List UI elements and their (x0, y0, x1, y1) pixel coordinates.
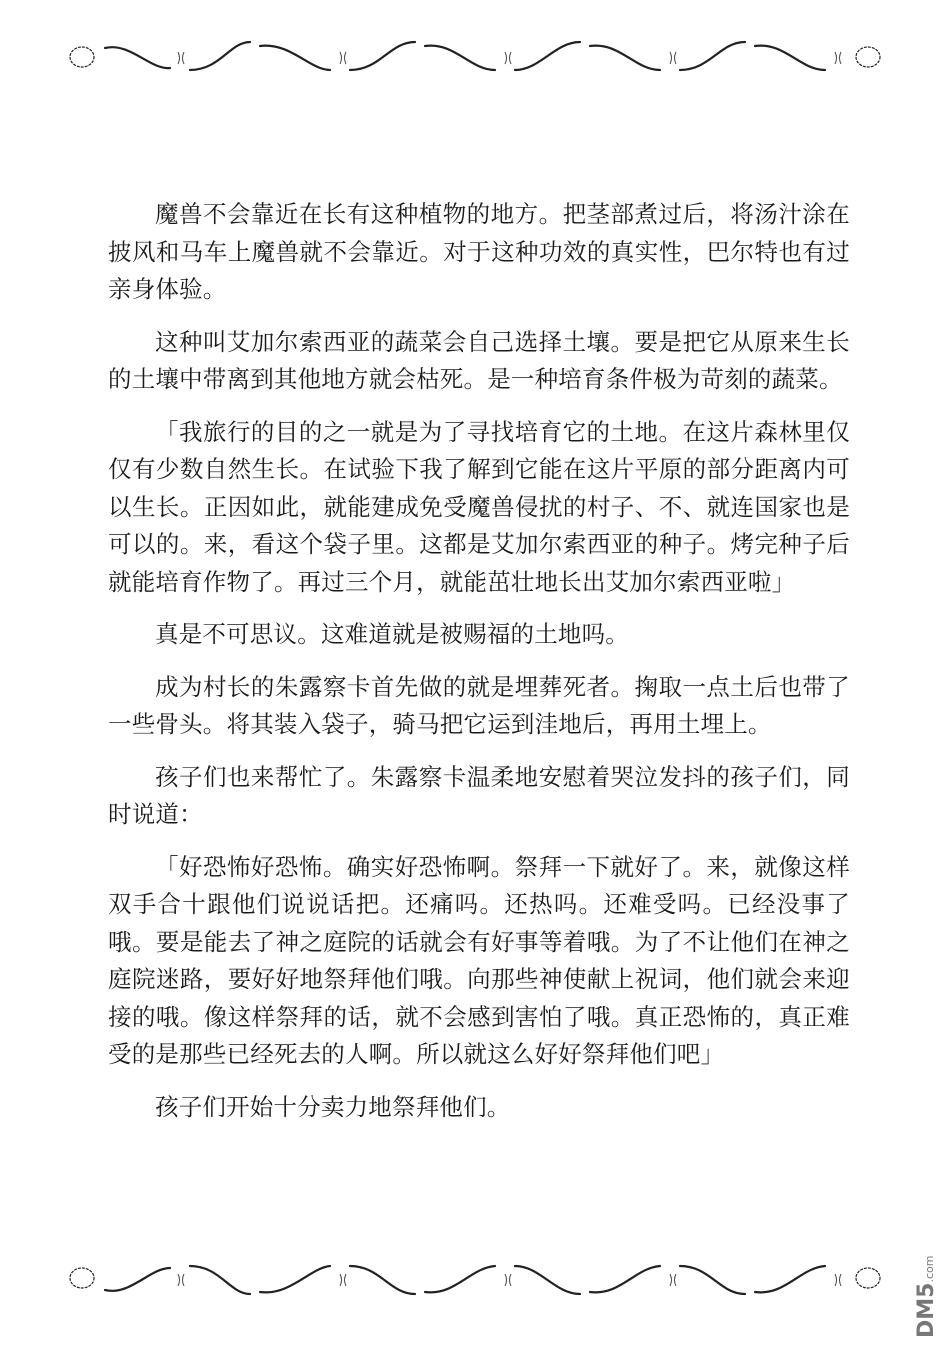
ornamental-border-bottom-icon (60, 1248, 890, 1298)
watermark-suffix: .com (923, 1256, 936, 1283)
paragraph: 魔兽不会靠近在长有这种植物的地方。把茎部煮过后，将汤汁涂在披风和马车上魔兽就不会… (108, 196, 850, 309)
paragraph: 这种叫艾加尔索西亚的蔬菜会自己选择土壤。要是把它从原来生长的土壤中带离到其他地方… (108, 324, 850, 399)
paragraph-dialogue: 「我旅行的目的之一就是为了寻找培育它的土地。在这片森林里仅仅有少数自然生长。在试… (108, 414, 850, 602)
ornamental-border-top-icon (60, 40, 890, 90)
paragraph-dialogue: 「好恐怖好恐怖。确实好恐怖啊。祭拜一下就好了。来，就像这样双手合十跟他们说说话把… (108, 849, 850, 1074)
body-text: 魔兽不会靠近在长有这种植物的地方。把茎部煮过后，将汤汁涂在披风和马车上魔兽就不会… (108, 196, 850, 1141)
paragraph: 真是不可思议。这难道就是被赐福的土地吗。 (108, 616, 850, 654)
paragraph: 成为村长的朱露察卡首先做的就是埋葬死者。掬取一点土后也带了一些骨头。将其装入袋子… (108, 669, 850, 744)
watermark-logo: DM5.com (910, 1250, 940, 1340)
book-page: 魔兽不会靠近在长有这种植物的地方。把茎部煮过后，将汤汁涂在披风和马车上魔兽就不会… (0, 0, 952, 1360)
watermark-brand: DM5 (914, 1283, 939, 1338)
paragraph: 孩子们也来帮忙了。朱露察卡温柔地安慰着哭泣发抖的孩子们，同时说道： (108, 759, 850, 834)
paragraph: 孩子们开始十分卖力地祭拜他们。 (108, 1089, 850, 1127)
